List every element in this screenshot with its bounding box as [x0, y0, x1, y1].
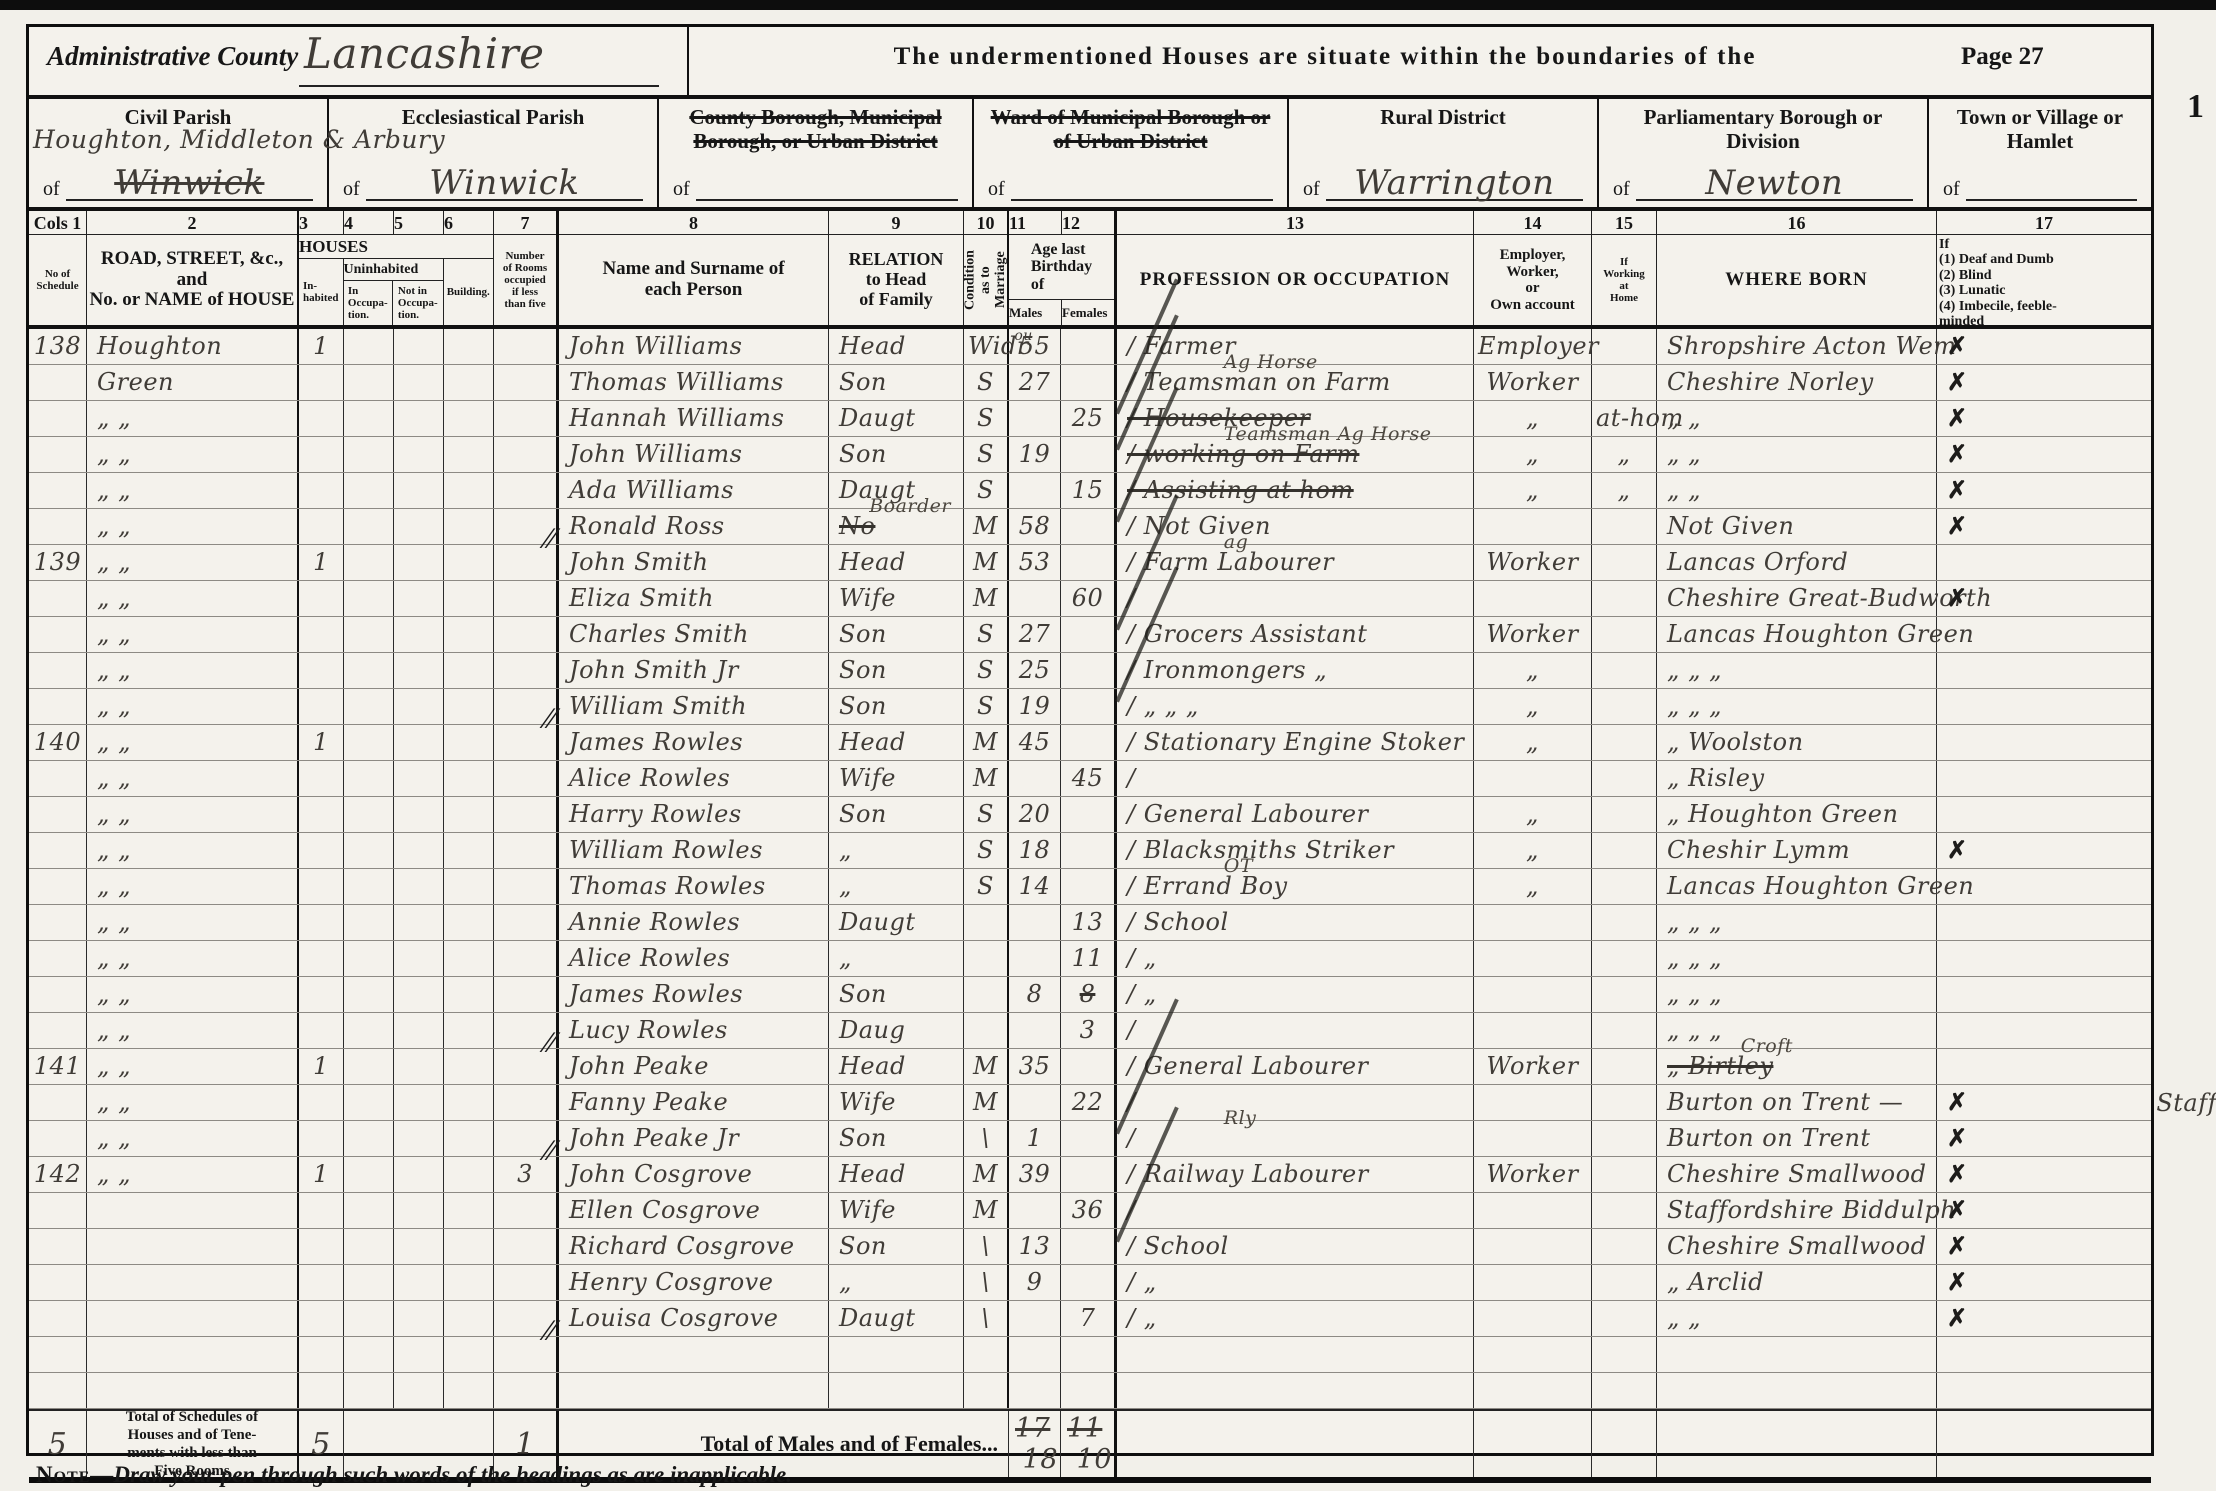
cell-infirmities: ✗: [1937, 1265, 2151, 1300]
handwritten-entry: / Ironmongers „: [1127, 653, 1327, 687]
cell-employer: Worker: [1474, 545, 1592, 580]
cell-schedule-number: [29, 1337, 87, 1372]
cell-building: [444, 1013, 494, 1048]
cell-rooms: [494, 329, 559, 364]
cell-address: „ „: [87, 833, 299, 868]
cell-condition: M: [964, 545, 1009, 580]
cell-working-at-home: „: [1592, 437, 1657, 472]
cell-profession: / Errand BoyOT: [1117, 869, 1474, 904]
cell-infirmities: ✗: [1937, 509, 2151, 544]
col-schedule-header: Cols 1 No of Schedule: [29, 211, 87, 325]
col-road-header: 2 ROAD, STREET, &c., and No. or NAME of …: [87, 211, 299, 325]
cell-rooms: [494, 797, 559, 832]
district-cell: Parliamentary Borough or Division of New…: [1599, 99, 1929, 207]
cell-where-born: Not Given: [1657, 509, 1937, 544]
cell-address: [87, 1265, 299, 1300]
cell-inhabited: 1: [299, 545, 344, 580]
handwritten-entry: 3: [1080, 1013, 1096, 1047]
cell-address: „ „: [87, 1013, 299, 1048]
cell-condition: [964, 977, 1009, 1012]
cell-age-male: 58: [1009, 509, 1061, 544]
handwritten-entry: Cheshir Lymm: [1667, 833, 1850, 867]
col15-label: If Working at Home: [1592, 235, 1656, 325]
cell-employer: [1474, 1085, 1592, 1120]
handwritten-entry: Head: [839, 725, 906, 759]
district-of-line: of: [982, 171, 1279, 203]
cell-condition: \: [964, 1301, 1009, 1336]
handwritten-entry: Worker: [1486, 1049, 1578, 1083]
cell-building: [444, 1049, 494, 1084]
cell-person-name: John Peake Jr∕∕: [559, 1121, 829, 1156]
cell-address: „ „: [87, 473, 299, 508]
cell-where-born: „ BirtleyCroft: [1657, 1049, 1937, 1084]
cell-address: „ „: [87, 1157, 299, 1192]
interlined-annotation: Croft: [1741, 1035, 1793, 1057]
cell-where-born: „ „: [1657, 473, 1937, 508]
handwritten-entry: 36: [1072, 1193, 1104, 1227]
cell-age-male: 8: [1009, 977, 1061, 1012]
handwritten-entry: Wife: [839, 581, 896, 615]
handwritten-entry: Harry Rowles: [569, 797, 742, 831]
handwritten-entry: 18: [1019, 833, 1051, 867]
cell-age-male: 45: [1009, 725, 1061, 760]
col4-number: 4: [344, 211, 394, 234]
cell-building: [444, 797, 494, 832]
cell-age-female: 15: [1061, 473, 1117, 508]
cell-uninhabited-in-occupation: [344, 1301, 394, 1336]
cell-uninhabited-not-occupation: [394, 473, 444, 508]
cell-age-female: 7: [1061, 1301, 1117, 1336]
handwritten-entry: Worker: [1486, 365, 1578, 399]
cell-address: „ „: [87, 977, 299, 1012]
administrative-county-underline: [299, 85, 659, 87]
district-of-line: of Newton: [1607, 168, 1919, 203]
cell-age-female: [1061, 1229, 1117, 1264]
cell-inhabited: [299, 1193, 344, 1228]
cell-uninhabited-not-occupation: [394, 905, 444, 940]
cell-person-name: Ellen Cosgrove: [559, 1193, 829, 1228]
cell-person-name: Ada Williams: [559, 473, 829, 508]
cell-profession: / Ironmongers „: [1117, 653, 1474, 688]
handwritten-entry: M: [973, 581, 998, 615]
cell-profession: / Teamsman on FarmAg Horse: [1117, 365, 1474, 400]
of-word: of: [1613, 178, 1630, 201]
district-of-line: of Winwick: [37, 168, 319, 203]
handwritten-entry: Son: [839, 1121, 887, 1155]
cell-where-born: „ Risley: [1657, 761, 1937, 796]
cell-uninhabited-not-occupation: [394, 365, 444, 400]
cell-working-at-home: [1592, 617, 1657, 652]
handwritten-entry: James Rowles: [569, 725, 743, 759]
handwritten-entry: /: [1127, 1121, 1136, 1155]
cell-uninhabited-not-occupation: [394, 1229, 444, 1264]
table-row: „ „ Lucy Rowles∕∕ Daug 3 / „ „ „: [29, 1013, 2151, 1049]
handwritten-entry: Wife: [839, 1085, 896, 1119]
schedule-separator-mark: ∕∕: [545, 1026, 555, 1060]
handwritten-entry: Ronald Ross: [569, 509, 725, 543]
cell-profession: /: [1117, 581, 1474, 616]
handwritten-entry: „: [1526, 869, 1539, 903]
cell-profession: / Railway Labourer: [1117, 1157, 1474, 1192]
cell-rooms: [494, 473, 559, 508]
cell-age-female: [1061, 725, 1117, 760]
totals-males-value: 18: [1023, 1444, 1058, 1475]
cell-uninhabited-in-occupation: [344, 581, 394, 616]
handwritten-entry: Thomas Rowles: [569, 869, 766, 903]
cell-address: [87, 1373, 299, 1408]
cell-condition: \: [964, 1265, 1009, 1300]
totals-females-struck: 11: [1067, 1413, 1102, 1444]
cell-uninhabited-in-occupation: [344, 761, 394, 796]
cell-uninhabited-not-occupation: [394, 1265, 444, 1300]
cell-uninhabited-in-occupation: [344, 401, 394, 436]
handwritten-entry: Annie Rowles: [569, 905, 740, 939]
cell-person-name: William Rowles: [559, 833, 829, 868]
cell-condition: S: [964, 833, 1009, 868]
handwritten-entry: 3: [517, 1157, 533, 1191]
cell-rooms: [494, 1193, 559, 1228]
col16-label: WHERE BORN: [1657, 235, 1936, 325]
cell-profession: / „ „ „: [1117, 689, 1474, 724]
table-row: Green Thomas Williams Son S 27 / Teamsma…: [29, 365, 2151, 401]
handwritten-entry: „ „ „: [1667, 653, 1722, 687]
cell-inhabited: [299, 1013, 344, 1048]
totals-infirm-blank: [1937, 1411, 2151, 1477]
handwritten-entry: „ „: [97, 653, 131, 687]
handwritten-entry: 22: [1072, 1085, 1104, 1119]
cell-uninhabited-in-occupation: [344, 1193, 394, 1228]
table-row: Ellen Cosgrove Wife M 36 / Staffordshire…: [29, 1193, 2151, 1229]
handwritten-entry: „: [1526, 797, 1539, 831]
cell-infirmities: ✗: [1937, 1121, 2151, 1156]
cell-inhabited: [299, 761, 344, 796]
interlined-annotation: Rly: [1224, 1107, 1257, 1129]
cell-where-born: „ Arclid: [1657, 1265, 1937, 1300]
cell-working-at-home: [1592, 1193, 1657, 1228]
handwritten-entry: 19: [1019, 437, 1051, 471]
handwritten-entry: ✗: [1947, 437, 1968, 471]
houses-group-header: 3 4 5 6 HOUSES In- habited Uninhabited I…: [299, 211, 494, 325]
cell-working-at-home: [1592, 761, 1657, 796]
handwritten-entry: Daug: [839, 1013, 905, 1047]
cell-uninhabited-not-occupation: [394, 1337, 444, 1372]
district-of-line: of: [1937, 171, 2143, 203]
handwritten-entry: \: [981, 1301, 990, 1335]
cell-building: [444, 437, 494, 472]
cell-schedule-number: [29, 581, 87, 616]
handwritten-entry: 39: [1019, 1157, 1051, 1191]
handwritten-entry: M: [973, 509, 998, 543]
table-row: 142 „ „ 1 3 John Cosgrove Head M 39 / Ra…: [29, 1157, 2151, 1193]
cell-address: Green: [87, 365, 299, 400]
cell-condition: S: [964, 365, 1009, 400]
of-word: of: [1303, 178, 1320, 201]
cell-age-male: [1009, 1337, 1061, 1372]
cell-age-male: [1009, 1373, 1061, 1408]
col17-number: 17: [1937, 211, 2151, 235]
handwritten-entry: 1: [313, 1157, 329, 1191]
cell-relation: Son: [829, 797, 964, 832]
cell-infirmities: [1937, 653, 2151, 688]
handwritten-entry: Son: [839, 797, 887, 831]
cell-building: [444, 833, 494, 868]
cell-schedule-number: [29, 833, 87, 868]
cell-inhabited: [299, 437, 344, 472]
table-row: „ „ John Smith Jr Son S 25 / Ironmongers…: [29, 653, 2151, 689]
cell-person-name: John Smith: [559, 545, 829, 580]
cell-condition: S: [964, 869, 1009, 904]
cell-profession: / Not Given: [1117, 509, 1474, 544]
cell-uninhabited-in-occupation: [344, 905, 394, 940]
table-row: „ „ Eliza Smith Wife M 60 / Cheshire Gre…: [29, 581, 2151, 617]
cell-where-born: Cheshire Norley: [1657, 365, 1937, 400]
handwritten-entry: 25: [1019, 653, 1051, 687]
handwritten-entry: Daugt: [839, 401, 916, 435]
cell-inhabited: [299, 869, 344, 904]
table-row: 140 „ „ 1 James Rowles Head M 45 / Stati…: [29, 725, 2151, 761]
col10-number: 10: [964, 211, 1007, 235]
cell-profession: /: [1117, 761, 1474, 796]
page-edge-mark: 1: [2187, 88, 2204, 126]
cell-condition: M: [964, 761, 1009, 796]
cell-person-name: Ronald Ross∕∕: [559, 509, 829, 544]
of-word: of: [43, 178, 60, 201]
handwritten-entry: „: [1618, 473, 1631, 507]
cell-condition: [964, 941, 1009, 976]
table-row: Richard Cosgrove Son \ 13 / School Chesh…: [29, 1229, 2151, 1265]
cell-building: [444, 1229, 494, 1264]
handwritten-entry: Houghton: [97, 329, 222, 363]
cell-building: [444, 365, 494, 400]
col5-label: Not in Occupa- tion.: [393, 281, 443, 325]
cell-uninhabited-not-occupation: [394, 1049, 444, 1084]
cell-age-female: 22: [1061, 1085, 1117, 1120]
table-row: „ „ Charles Smith Son S 27 / Grocers Ass…: [29, 617, 2151, 653]
handwritten-entry: S: [977, 473, 994, 507]
cell-age-male: [1009, 1013, 1061, 1048]
cell-person-name: Harry Rowles: [559, 797, 829, 832]
cell-uninhabited-in-occupation: [344, 833, 394, 868]
handwritten-entry: 139: [34, 545, 81, 579]
cell-schedule-number: [29, 1229, 87, 1264]
cell-age-male: [1009, 761, 1061, 796]
cell-schedule-number: [29, 1013, 87, 1048]
cell-age-male: 9: [1009, 1265, 1061, 1300]
district-cell: County Borough, Municipal Borough, or Ur…: [659, 99, 974, 207]
table-row: „ „ Ada Williams Daugt S 15 / Assisting …: [29, 473, 2151, 509]
cell-working-at-home: [1592, 1157, 1657, 1192]
cell-uninhabited-in-occupation: [344, 689, 394, 724]
cell-schedule-number: [29, 905, 87, 940]
cell-where-born: Burton on Trent: [1657, 1121, 1937, 1156]
cell-condition: M: [964, 1157, 1009, 1192]
cell-relation: Son: [829, 617, 964, 652]
totals-inhabited-value: 5: [311, 1427, 331, 1462]
cell-rooms: [494, 869, 559, 904]
totals-born-blank: [1657, 1411, 1937, 1477]
of-word: of: [343, 178, 360, 201]
cell-relation: Head: [829, 545, 964, 580]
cell-employer: Worker: [1474, 1049, 1592, 1084]
cell-address: [87, 1193, 299, 1228]
cell-infirmities: ✗: [1937, 329, 2151, 364]
table-row: „ „ Thomas Rowles „ S 14 / Errand BoyOT …: [29, 869, 2151, 905]
handwritten-entry: „ „: [97, 1085, 131, 1119]
handwritten-entry: „ „: [97, 617, 131, 651]
cell-where-born: Cheshire Smallwood: [1657, 1157, 1937, 1192]
cell-uninhabited-in-occupation: [344, 869, 394, 904]
handwritten-entry: 1: [1027, 1121, 1043, 1155]
cell-building: [444, 509, 494, 544]
cell-uninhabited-in-occupation: [344, 1013, 394, 1048]
handwritten-entry: 20: [1019, 797, 1051, 831]
cell-age-female: 60: [1061, 581, 1117, 616]
cell-infirmities: [1937, 761, 2151, 796]
cell-uninhabited-not-occupation: [394, 1301, 444, 1336]
cell-rooms: [494, 1229, 559, 1264]
cell-building: [444, 869, 494, 904]
cell-employer: „: [1474, 797, 1592, 832]
cell-relation: Daugt: [829, 401, 964, 436]
handwritten-entry: Ada Williams: [569, 473, 734, 507]
district-label: County Borough, Municipal Borough, or Ur…: [667, 105, 964, 153]
table-row: „ „ Fanny Peake Wife M 22 / Burton on Tr…: [29, 1085, 2151, 1121]
cell-uninhabited-not-occupation: [394, 1157, 444, 1192]
cell-where-born: „ Woolston: [1657, 725, 1937, 760]
cell-inhabited: [299, 1085, 344, 1120]
col10-label: Condition as to Marriage: [964, 235, 1007, 325]
handwritten-entry: Cheshire Great-Budworth: [1667, 581, 1992, 615]
cell-person-name: Lucy Rowles∕∕: [559, 1013, 829, 1048]
cell-building: [444, 1373, 494, 1408]
cell-schedule-number: [29, 473, 87, 508]
col17-label: If (1) Deaf and Dumb (2) Blind (3) Lunat…: [1937, 235, 2151, 331]
cell-schedule-number: [29, 401, 87, 436]
cell-inhabited: [299, 653, 344, 688]
district-handwritten-value: Winwick: [66, 168, 313, 201]
col15-number: 15: [1592, 211, 1656, 235]
cell-person-name: Fanny Peake: [559, 1085, 829, 1120]
handwritten-entry: Burton on Trent —: [1667, 1085, 1903, 1119]
table-row: „ „ James Rowles Son 8 8 / „ „ „ „: [29, 977, 2151, 1013]
cell-age-female: 25: [1061, 401, 1117, 436]
cell-working-at-home: [1592, 725, 1657, 760]
handwritten-entry: 19: [1019, 689, 1051, 723]
cell-condition: M: [964, 581, 1009, 616]
cell-age-male: 35: [1009, 1049, 1061, 1084]
cell-age-male: 13: [1009, 1229, 1061, 1264]
district-handwritten-note: Houghton, Middleton & Arbury: [33, 125, 445, 154]
cell-relation: Son: [829, 437, 964, 472]
handwritten-entry: M: [973, 761, 998, 795]
totals-schedule-value: 5: [48, 1427, 68, 1462]
handwritten-entry: Charles Smith: [569, 617, 749, 651]
handwritten-entry: /: [1127, 581, 1136, 615]
cell-where-born: „ „ „: [1657, 905, 1937, 940]
handwritten-entry: 35: [1019, 1049, 1051, 1083]
handwritten-entry: 7: [1080, 1301, 1096, 1335]
cell-relation: „: [829, 869, 964, 904]
cell-inhabited: [299, 1229, 344, 1264]
cell-building: [444, 1085, 494, 1120]
handwritten-entry: /: [1127, 1193, 1136, 1227]
handwritten-entry: „ „: [97, 941, 131, 975]
handwritten-entry: Lancas Orford: [1667, 545, 1848, 579]
cell-age-female: [1061, 1265, 1117, 1300]
cell-condition: M: [964, 725, 1009, 760]
handwritten-entry: „ „: [97, 905, 131, 939]
handwritten-entry: „ Risley: [1667, 761, 1765, 795]
handwritten-entry: „ „: [97, 1121, 131, 1155]
cell-person-name: John Cosgrove: [559, 1157, 829, 1192]
handwritten-entry: / Errand Boy: [1127, 869, 1288, 903]
cell-relation: „: [829, 1265, 964, 1300]
cell-person-name: Annie Rowles: [559, 905, 829, 940]
handwritten-entry: „ „: [1667, 401, 1701, 435]
district-of-line: of Warrington: [1297, 168, 1589, 203]
totals-males-struck: 17: [1015, 1413, 1050, 1444]
handwritten-entry: 55: [1019, 329, 1051, 363]
cell-employer: [1474, 1373, 1592, 1408]
handwritten-entry: Cheshire Norley: [1667, 365, 1874, 399]
handwritten-entry: / „: [1127, 1301, 1157, 1335]
cell-rooms: [494, 833, 559, 868]
cell-schedule-number: [29, 365, 87, 400]
handwritten-entry: /: [1127, 1085, 1136, 1119]
cell-address: „ „: [87, 725, 299, 760]
col8-label: Name and Surname of each Person: [559, 235, 828, 325]
cell-relation: Son: [829, 365, 964, 400]
cell-profession: / Farm Labourerag: [1117, 545, 1474, 580]
handwritten-entry: Worker: [1486, 545, 1578, 579]
cell-inhabited: [299, 473, 344, 508]
cell-working-at-home: [1592, 1085, 1657, 1120]
age-numbers: 11 12: [1009, 211, 1114, 235]
cell-relation: „: [829, 833, 964, 868]
cell-uninhabited-not-occupation: [394, 1193, 444, 1228]
cell-age-male: 19: [1009, 437, 1061, 472]
district-label: Rural District: [1297, 105, 1589, 129]
cell-condition: [964, 1013, 1009, 1048]
cell-person-name: John Williams: [559, 437, 829, 472]
cell-age-female: [1061, 509, 1117, 544]
handwritten-entry: 27: [1019, 617, 1051, 651]
cell-profession: / General Labourer: [1117, 1049, 1474, 1084]
cell-working-at-home: [1592, 653, 1657, 688]
handwritten-entry: / School: [1127, 1229, 1229, 1263]
cell-rooms: [494, 905, 559, 940]
cell-condition: S: [964, 653, 1009, 688]
cell-condition: [964, 1373, 1009, 1408]
cell-profession: / School: [1117, 1229, 1474, 1264]
interlined-annotation: Ag Horse: [1224, 351, 1318, 373]
cell-person-name: William Smith∕∕: [559, 689, 829, 724]
cell-inhabited: 1: [299, 329, 344, 364]
cell-profession: / General Labourer: [1117, 797, 1474, 832]
cell-person-name: [559, 1373, 829, 1408]
col9-label: RELATION to Head of Family: [829, 235, 963, 325]
cell-schedule-number: 139: [29, 545, 87, 580]
cell-where-born: Cheshire Smallwood: [1657, 1229, 1937, 1264]
cell-where-born: Lancas Orford: [1657, 545, 1937, 580]
cell-profession: / School: [1117, 905, 1474, 940]
interlined-annotation: Boarder: [869, 495, 951, 517]
handwritten-entry: 141: [34, 1049, 81, 1083]
cell-address: „ „: [87, 1049, 299, 1084]
cell-schedule-number: [29, 653, 87, 688]
handwritten-entry: 1: [313, 725, 329, 759]
handwritten-entry: Employer: [1478, 329, 1599, 363]
